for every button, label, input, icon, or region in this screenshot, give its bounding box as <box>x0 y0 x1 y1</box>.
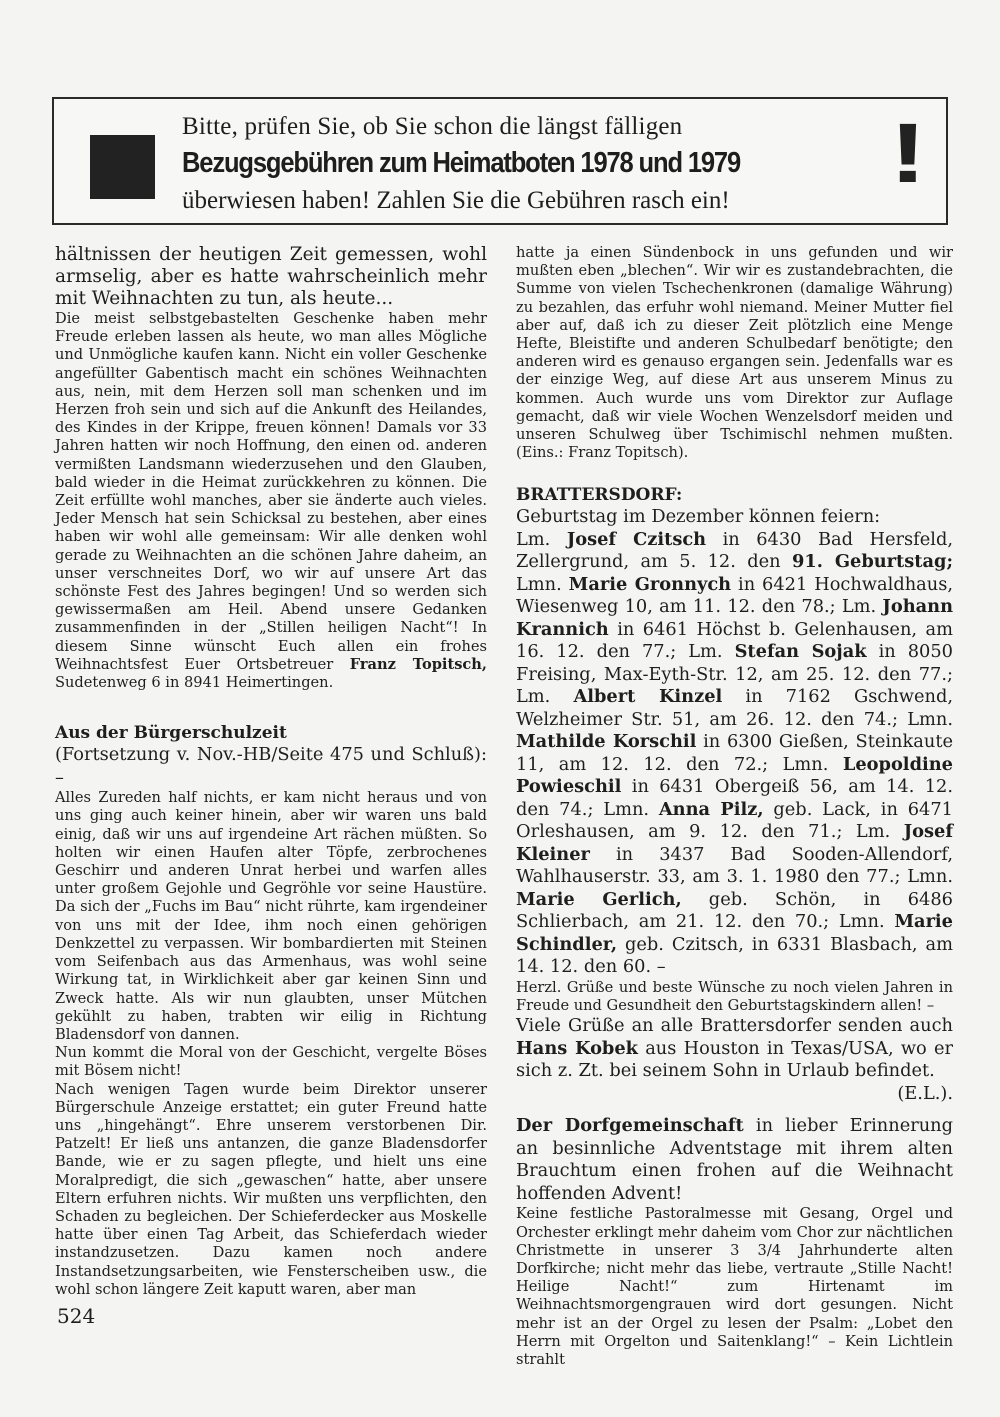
left-column: hältnissen der heutigen Zeit gemessen, w… <box>55 244 487 1299</box>
birthday-intro: Geburtstag im Dezember können feiern: <box>516 506 953 529</box>
greeting-name: Hans Kobek <box>516 1038 638 1059</box>
exclamation-icon: ! <box>889 111 927 195</box>
signature: (E.L.). <box>516 1083 953 1106</box>
black-square-icon <box>90 135 155 199</box>
right-column: hatte ja einen Sündenbock in uns gefunde… <box>516 244 953 1369</box>
christmas-paragraph: Die meist selbstgebastelten Geschenke ha… <box>55 310 487 692</box>
continuation-paragraph: hatte ja einen Sündenbock in uns gefunde… <box>516 244 953 462</box>
birthday-list: Lm. Josef Czitsch in 6430 Bad Hersfeld, … <box>516 529 953 979</box>
community-paragraph: Der Dorfgemeinschaft in lieber Erinnerun… <box>516 1115 953 1205</box>
story-paragraph-1: Alles Zureden half nichts, er kam nicht … <box>55 789 487 1044</box>
section-heading-brattersdorf: BRATTERSDORF: <box>516 484 953 506</box>
greeting-paragraph: Viele Grüße an alle Brattersdorfer sende… <box>516 1015 953 1083</box>
author-name: Franz Topitsch, <box>350 656 487 673</box>
notice-line-1: Bitte, prüfen Sie, ob Sie schon die läng… <box>182 113 682 141</box>
page-number: 524 <box>57 1304 95 1328</box>
story-paragraph-2: Nach wenigen Tagen wurde beim Direktor u… <box>55 1081 487 1299</box>
wishes-paragraph: Herzl. Grüße und beste Wünsche zu noch v… <box>516 979 953 1015</box>
notice-headline: Bezugsgebühren zum Heimatboten 1978 und … <box>182 147 740 180</box>
section-heading-buergerschulzeit: Aus der Bürgerschulzeit <box>55 722 487 744</box>
intro-paragraph: hältnissen der heutigen Zeit gemessen, w… <box>55 244 487 310</box>
moral-paragraph: Nun kommt die Moral von der Geschicht, v… <box>55 1044 487 1080</box>
notice-line-3: überwiesen haben! Zahlen Sie die Gebühre… <box>182 187 730 215</box>
payment-reminder-box: Bitte, prüfen Sie, ob Sie schon die läng… <box>52 97 948 225</box>
section-subtitle: (Fortsetzung v. Nov.-HB/Seite 475 und Sc… <box>55 744 487 789</box>
final-paragraph: Keine festliche Pastoralmesse mit Gesang… <box>516 1205 953 1369</box>
